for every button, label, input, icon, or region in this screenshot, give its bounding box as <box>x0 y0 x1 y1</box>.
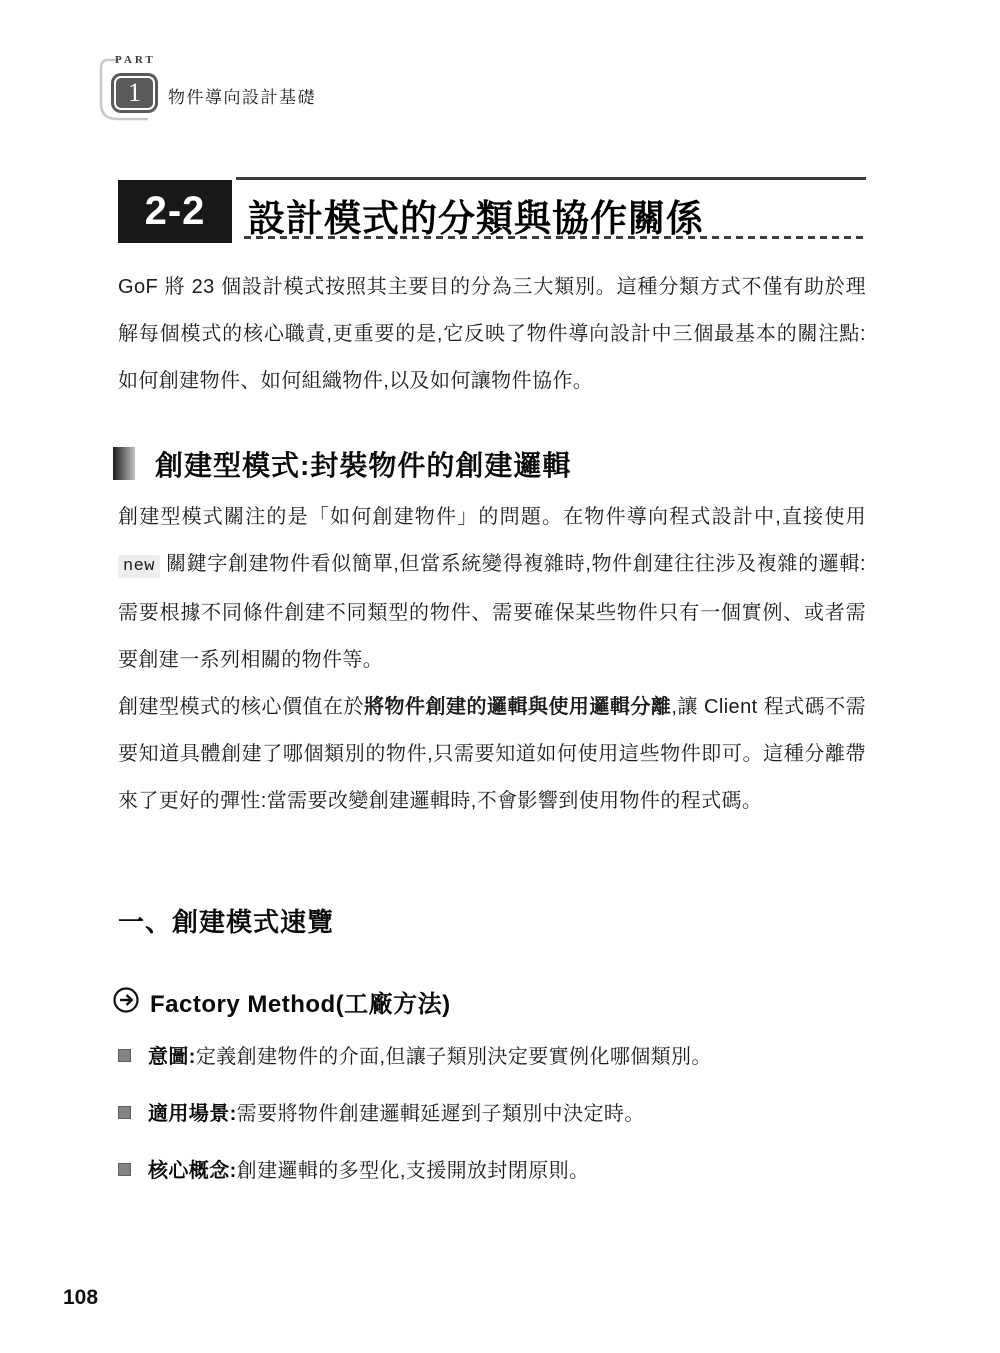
part-title: 物件導向設計基礎 <box>168 83 316 108</box>
part-number-badge: 1 <box>111 73 158 113</box>
intro-paragraph: GoF 將 23 個設計模式按照其主要目的分為三大類別。這種分類方式不僅有助於理… <box>118 264 866 405</box>
gradient-square-icon <box>113 447 135 480</box>
bullet-text: 定義創建物件的介面,但讓子類別決定要實例化哪個類別。 <box>196 1046 712 1068</box>
creational-heading: 創建型模式:封裝物件的創建邏輯 <box>155 444 571 484</box>
creational-paragraph-1: 創建型模式關注的是「如何創建物件」的問題。在物件導向程式設計中,直接使用 new… <box>118 494 866 684</box>
section-number: 2-2 <box>145 189 206 234</box>
list-item: 核心概念:創建邏輯的多型化,支援開放封閉原則。 <box>118 1158 866 1185</box>
section-rule-top <box>236 177 866 180</box>
overview-heading: 一、創建模式速覽 <box>118 902 334 939</box>
list-item: 適用場景:需要將物件創建邏輯延遲到子類別中決定時。 <box>118 1101 866 1128</box>
bullet-label: 意圖: <box>148 1046 196 1068</box>
book-page: PART 1 物件導向設計基礎 2-2 設計模式的分類與協作關係 GoF 將 2… <box>0 0 1000 1353</box>
bold-emphasis: 將物件創建的邏輯與使用邏輯分離 <box>364 696 671 718</box>
creational-paragraph-2: 創建型模式的核心價值在於將物件創建的邏輯與使用邏輯分離,讓 Client 程式碼… <box>118 684 866 825</box>
bullet-label: 適用場景: <box>148 1103 237 1125</box>
bullet-label: 核心概念: <box>148 1160 237 1182</box>
paragraph-text: 創建型模式的核心價值在於 <box>118 696 364 718</box>
section-title: 設計模式的分類與協作關係 <box>248 188 704 242</box>
bullet-text: 創建邏輯的多型化,支援開放封閉原則。 <box>237 1160 590 1182</box>
square-bullet-icon <box>118 1106 131 1119</box>
part-label: PART <box>115 54 156 66</box>
section-rule-dashed <box>244 236 866 239</box>
list-item: 意圖:定義創建物件的介面,但讓子類別決定要實例化哪個類別。 <box>118 1044 866 1071</box>
square-bullet-icon <box>118 1163 131 1176</box>
inline-code: new <box>118 555 160 578</box>
page-number: 108 <box>63 1286 98 1310</box>
circled-arrow-right-icon <box>112 986 140 1014</box>
square-bullet-icon <box>118 1049 131 1062</box>
paragraph-text: 創建型模式關注的是「如何創建物件」的問題。在物件導向程式設計中,直接使用 <box>118 506 866 528</box>
paragraph-text: 關鍵字創建物件看似簡單,但當系統變得複雜時,物件創建往往涉及複雜的邏輯:需要根據… <box>118 553 866 671</box>
bullet-text: 需要將物件創建邏輯延遲到子類別中決定時。 <box>237 1103 645 1125</box>
part-number: 1 <box>111 73 158 113</box>
pattern-heading: Factory Method(工廠方法) <box>150 984 451 1019</box>
section-number-box: 2-2 <box>118 180 232 243</box>
